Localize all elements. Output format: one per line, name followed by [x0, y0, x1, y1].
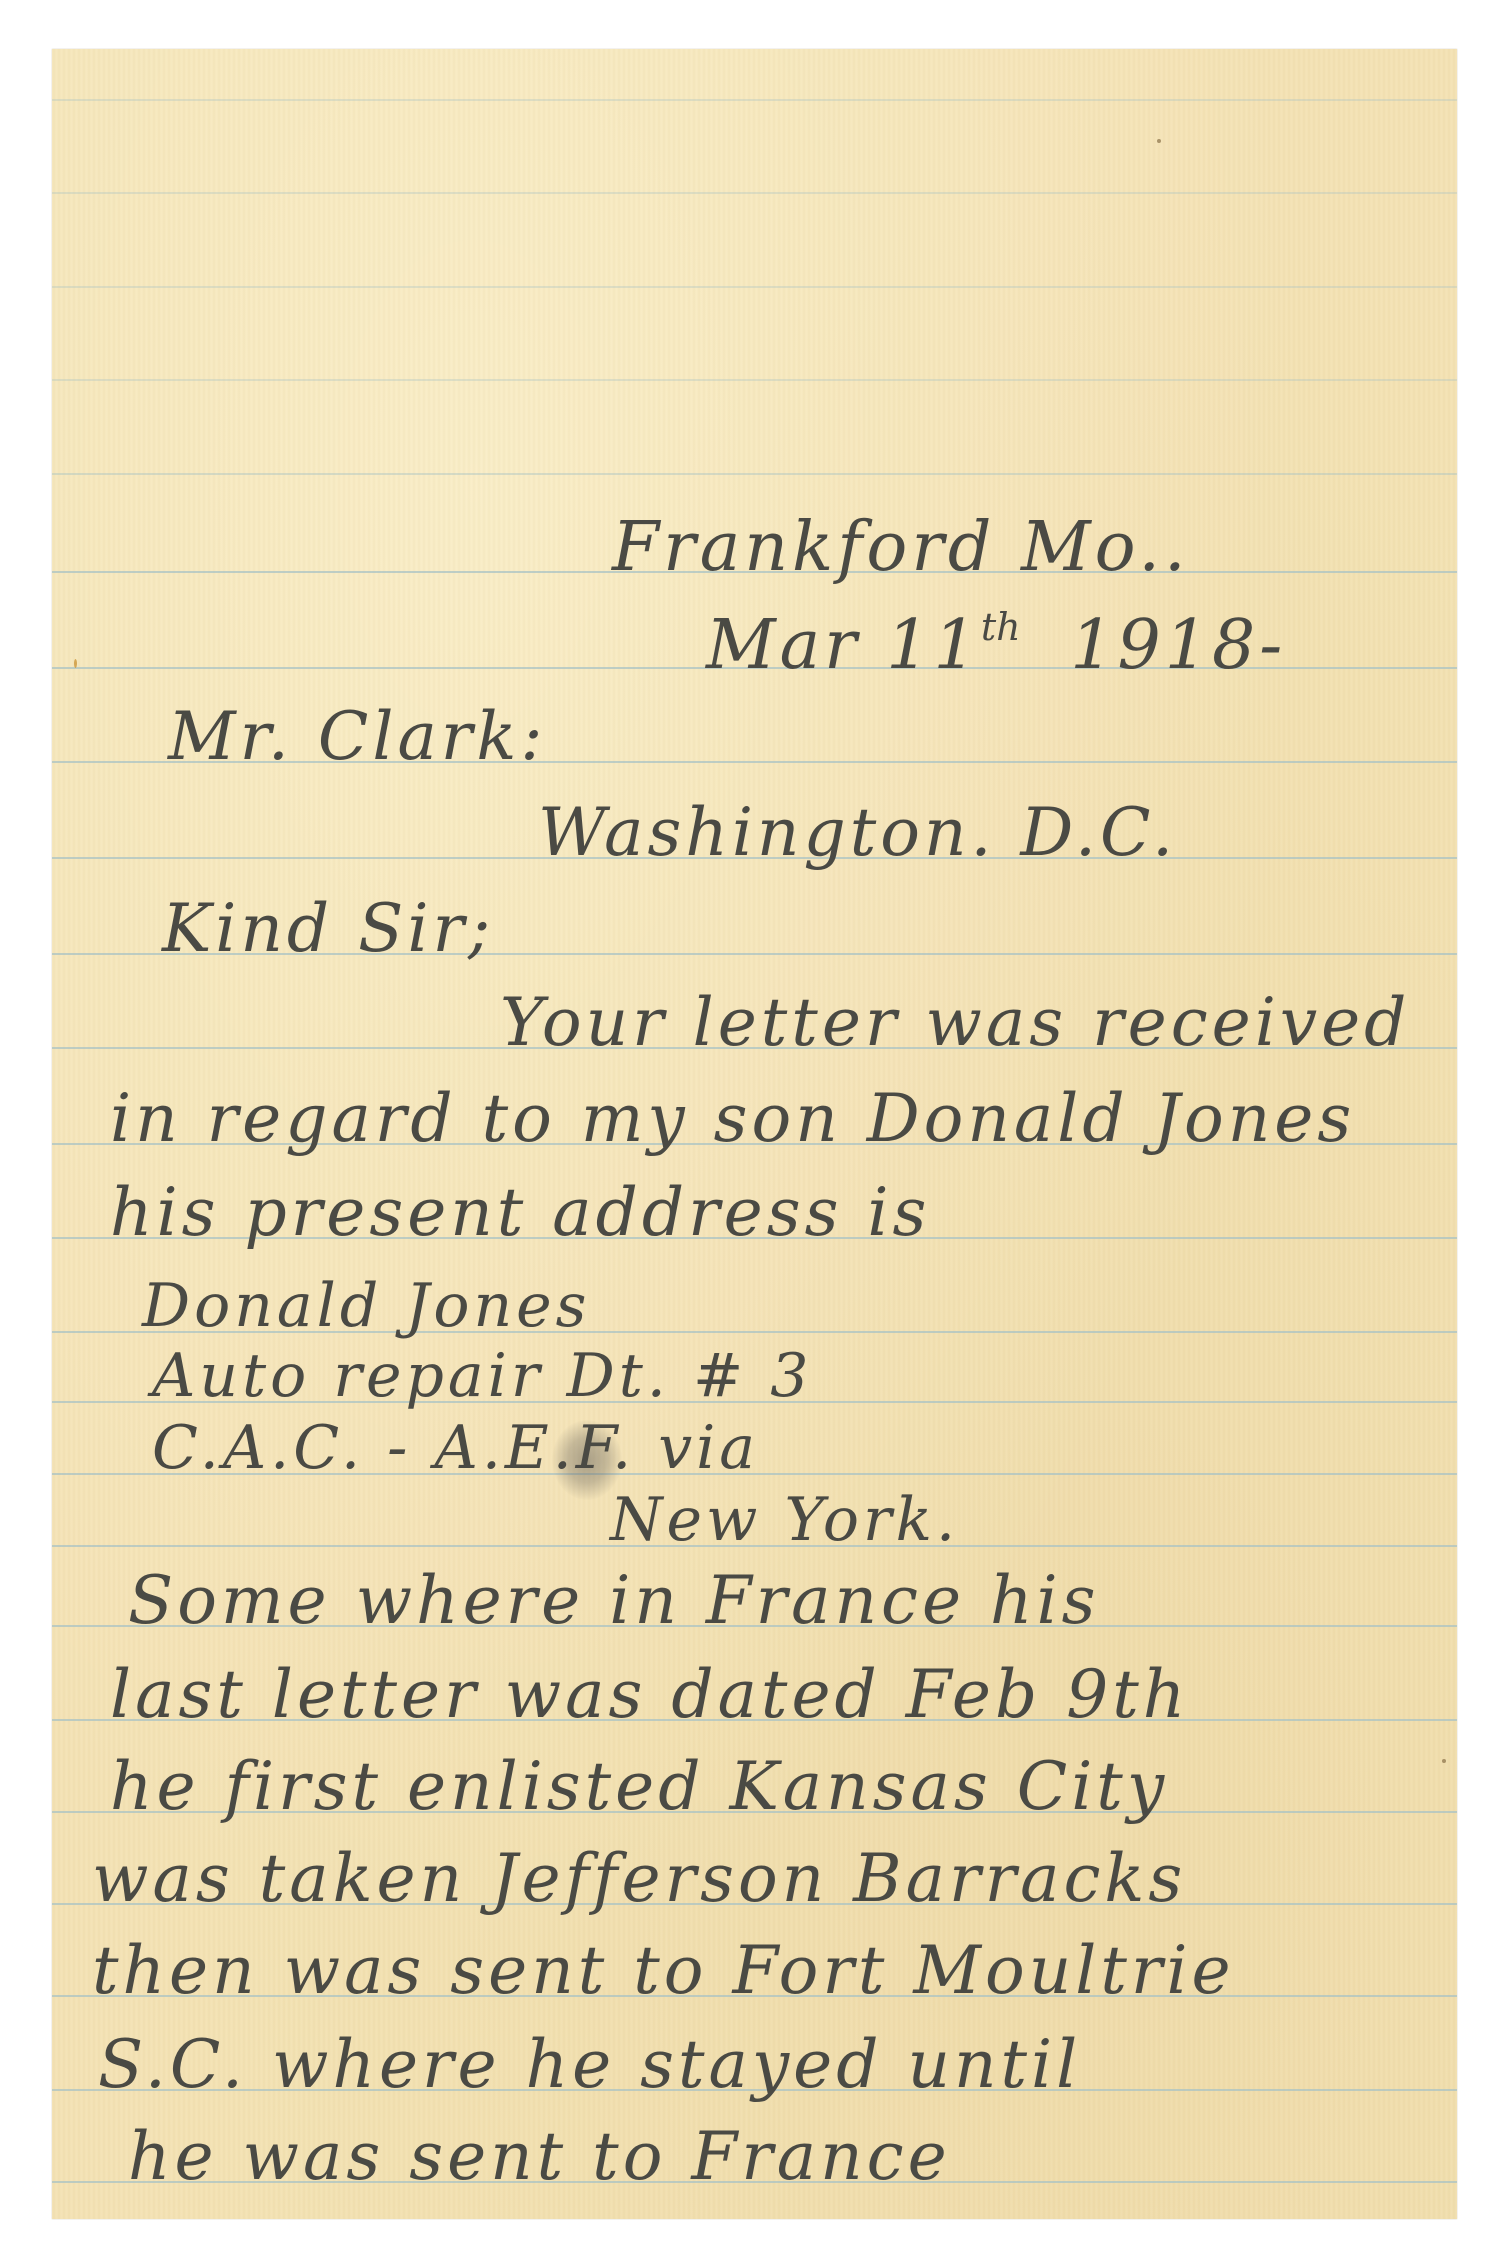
body-line: in regard to my son Donald Jones — [110, 1086, 1355, 1152]
body-line: S.C. where he stayed until — [98, 2032, 1081, 2098]
paper-speck — [74, 659, 77, 668]
address-line: Donald Jones — [142, 1276, 590, 1336]
body-line: last letter was dated Feb 9th — [110, 1662, 1189, 1728]
greeting: Kind Sir; — [162, 896, 494, 962]
place-text: Frankford Mo.. — [612, 508, 1190, 587]
body-line: he first enlisted Kansas City — [110, 1754, 1168, 1820]
address-line: New York. — [610, 1490, 959, 1550]
letter-date: Mar 11th 1918- — [706, 608, 1286, 680]
body-line: he was sent to France — [128, 2124, 951, 2190]
date-year: 1918- — [1070, 606, 1286, 685]
body-line: Some where in France his — [128, 1568, 1100, 1634]
ruled-line — [52, 379, 1457, 381]
paper-speck — [1157, 139, 1161, 143]
address-line: Auto repair Dt. # 3 — [152, 1346, 812, 1406]
date-month-day: Mar 11 — [706, 606, 981, 685]
body-line: then was sent to Fort Moultrie — [92, 1938, 1235, 2004]
recipient-location: Washington. D.C. — [538, 800, 1177, 866]
body-line: Your letter was received — [500, 990, 1410, 1056]
ruled-line — [52, 99, 1457, 101]
body-line: his present address is — [110, 1180, 930, 1246]
ruled-line — [52, 192, 1457, 194]
body-line: was taken Jefferson Barracks — [92, 1846, 1186, 1912]
ruled-line — [52, 473, 1457, 475]
letter-place: Frankford Mo.. — [612, 514, 1190, 582]
ruled-line — [52, 286, 1457, 288]
date-ordinal: th — [981, 605, 1021, 649]
paper-speck — [1442, 1759, 1446, 1763]
recipient-name: Mr. Clark: — [168, 704, 547, 770]
address-line: C.A.C. - A.E.F. via — [152, 1418, 759, 1478]
